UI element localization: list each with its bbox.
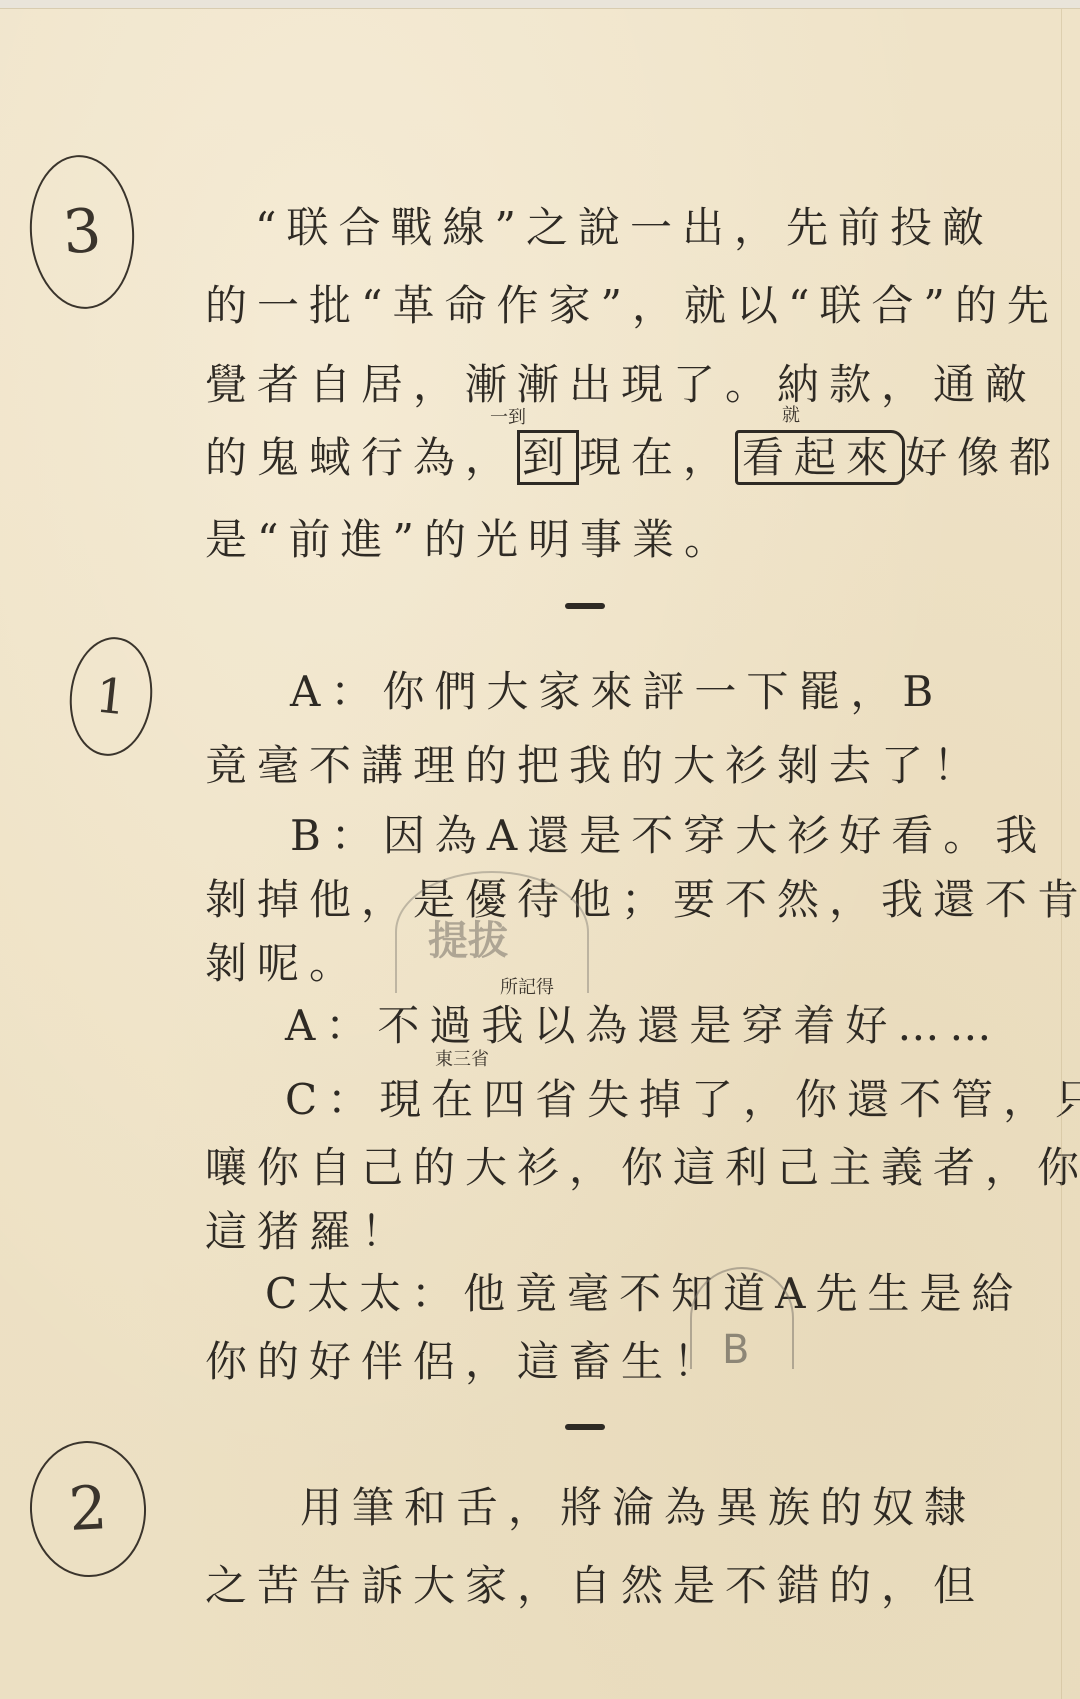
stamp-mark: 提拔 (428, 909, 508, 966)
dialogue-line: A：你們大家來評一下罷，B (290, 671, 943, 713)
text-line: 的鬼蜮行為，到現在，看起來好像都 (205, 437, 1061, 479)
dialogue-line: 剝呢。 (205, 943, 361, 985)
annotation: 一到 (490, 403, 526, 429)
text-line: 的一批“革命作家”，就以“联合”的先 (205, 285, 1059, 327)
text-line: 覺者自居，漸漸出現了。納款，通敵 (205, 364, 1037, 406)
text-line: 用筆和舌，將淪為異族的奴隸 (300, 1487, 976, 1529)
dialogue-line: C：現在四省失掉了，你還不管，只 (285, 1079, 1080, 1121)
dialogue-line: 這猪羅！ (205, 1211, 413, 1253)
dialogue-line: A：不過我以為還是穿着好…… (285, 1005, 1001, 1047)
annotation: 就 (782, 401, 800, 427)
section-marker-2: 2 (27, 1438, 150, 1580)
boxed-correction: 到 (517, 430, 579, 485)
section-separator (565, 603, 605, 609)
dialogue-line: 竟毫不講理的把我的大衫剝去了！ (205, 745, 985, 787)
text-line: 之苦告訴大家，自然是不錯的，但 (205, 1565, 985, 1607)
section-separator (565, 1424, 605, 1430)
dialogue-line: C太太：他竟毫不知道A先生是給 (265, 1273, 1023, 1315)
dialogue-line: 你的好伴侶，這畜生！ (205, 1341, 725, 1383)
manuscript-page: 3 “联合戰線”之說一出，先前投敵 的一批“革命作家”，就以“联合”的先 覺者自… (0, 8, 1080, 1698)
annotation: 東三省 (435, 1045, 489, 1071)
section-marker-1: 1 (64, 633, 158, 760)
annotation: 所記得 (500, 973, 554, 999)
text-line: “联合戰線”之說一出，先前投敵 (255, 207, 994, 249)
section-marker-3: 3 (25, 152, 139, 313)
dialogue-line: B：因為A還是不穿大衫好看。我 (290, 815, 1047, 857)
pencil-correction: B (722, 1327, 749, 1373)
boxed-phrase: 看起來 (735, 430, 905, 485)
text-line: 是“前進”的光明事業。 (205, 519, 736, 561)
dialogue-line: 嚷你自己的大衫，你這利己主義者，你 (205, 1147, 1080, 1189)
dialogue-line: 剝掉他，是優待他；要不然，我還不肯 (205, 879, 1080, 921)
